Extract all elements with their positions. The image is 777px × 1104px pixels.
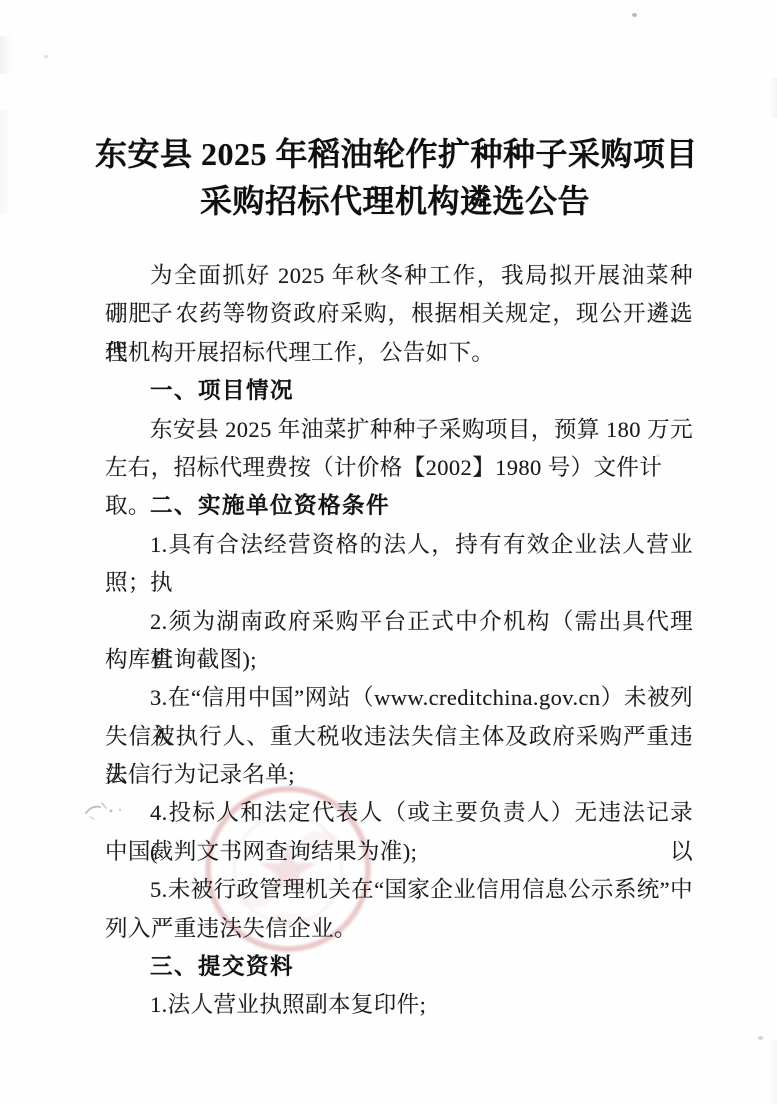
scan-edge-artifact xyxy=(769,1040,777,1104)
scan-edge-artifact xyxy=(770,78,777,118)
text-line: 失信被执行人、重大税收违法失信主体及政府采购严重违法 xyxy=(105,718,693,756)
scan-edge-artifact xyxy=(0,36,13,74)
title-line: 东安县 2025 年稻油轮作扩种种子采购项目 xyxy=(95,131,695,178)
document-title: 东安县 2025 年稻油轮作扩种种子采购项目采购招标代理机构遴选公告 xyxy=(95,131,695,225)
text-line: 硼肥、农药等物资政府采购，根据相关规定，现公开遴选代 xyxy=(105,295,693,333)
text-line: 理机构开展招标代理工作，公告如下。 xyxy=(105,334,693,372)
title-line: 采购招标代理机构遴选公告 xyxy=(95,178,695,225)
document-body: 为全面抓好 2025 年秋冬种工作，我局拟开展油菜种子、硼肥、农药等物资政府采购… xyxy=(105,257,693,1025)
text-line: 4.投标人和法定代表人（或主要负责人）无违法记录(以 xyxy=(105,794,693,832)
scanned-document-page: 东安县 2025 年稻油轮作扩种种子采购项目采购招标代理机构遴选公告 为全面抓好… xyxy=(0,0,777,1104)
text-line: 为全面抓好 2025 年秋冬种工作，我局拟开展油菜种子、 xyxy=(105,257,693,295)
scan-speck xyxy=(632,13,637,17)
text-line: 1.法人营业执照副本复印件; xyxy=(105,986,693,1024)
section-heading: 三、提交资料 xyxy=(105,948,693,986)
text-line: 构库查询截图); xyxy=(105,641,693,679)
text-line: 2.须为湖南政府采购平台正式中介机构（需出具代理机 xyxy=(105,603,693,641)
text-line: 照； xyxy=(105,564,693,602)
text-line: 1.具有合法经营资格的法人，持有有效企业法人营业执 xyxy=(105,526,693,564)
text-line: 列入严重违法失信企业。 xyxy=(105,910,693,948)
section-heading: 二、实施单位资格条件 xyxy=(105,487,693,525)
scan-edge-artifact xyxy=(0,110,10,215)
text-line: 3.在“信用中国”网站（www.creditchina.gov.cn）未被列入 xyxy=(105,679,693,717)
text-line: 5.未被行政管理机关在“国家企业信用信息公示系统”中 xyxy=(105,871,693,909)
scan-speck xyxy=(758,1036,763,1040)
text-line: 左右，招标代理费按（计价格【2002】1980 号）文件计取。 xyxy=(105,449,693,487)
text-line: 失信行为记录名单; xyxy=(105,756,693,794)
text-line: 东安县 2025 年油菜扩种种子采购项目，预算 180 万元 xyxy=(105,411,693,449)
section-heading: 一、项目情况 xyxy=(105,372,693,410)
scan-speck xyxy=(44,55,48,58)
